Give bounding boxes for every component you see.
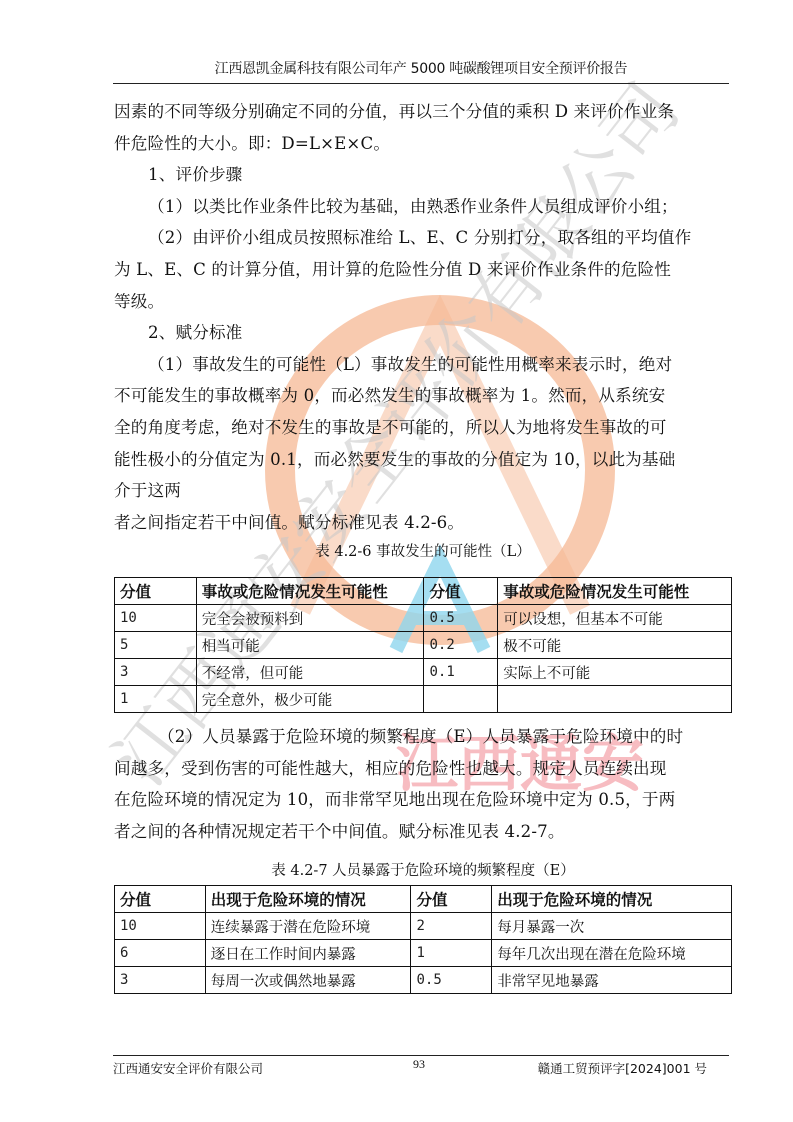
score-cell: 0.5 <box>424 605 498 632</box>
table-header-row: 分值 事故或危险情况发生可能性 分值 事故或危险情况发生可能性 <box>115 578 732 605</box>
header-cell: 分值 <box>115 886 206 913</box>
header-cell: 出现于危险环境的情况 <box>492 886 732 913</box>
paragraph-line: 全的角度考虑，绝对不发生的事故是不可能的，所以人为地将发生事故的可 <box>114 412 732 444</box>
desc-cell: 非常罕见地暴露 <box>492 967 732 994</box>
desc-cell: 完全会被预料到 <box>196 605 424 632</box>
desc-cell: 极不可能 <box>498 632 732 659</box>
paragraph-line: 为 L、E、C 的计算分值，用计算的危险性分值 D 来评价作业条件的危险性 <box>114 254 732 286</box>
desc-cell: 逐日在工作时间内暴露 <box>205 940 411 967</box>
score-cell: 5 <box>115 632 197 659</box>
score-cell: 0.5 <box>411 967 492 994</box>
desc-cell: 每周一次或偶然地暴露 <box>205 967 411 994</box>
score-cell: 10 <box>115 913 206 940</box>
table-row: 5 相当可能 0.2 极不可能 <box>115 632 732 659</box>
paragraph-line: 能性极小的分值定为 0.1，而必然要发生的事故的分值定为 10，以此为基础 <box>114 444 732 476</box>
table-exposure: 分值 出现于危险环境的情况 分值 出现于危险环境的情况 10 连续暴露于潜在危险… <box>114 885 732 994</box>
score-cell: 2 <box>411 913 492 940</box>
table-row: 10 完全会被预料到 0.5 可以设想，但基本不可能 <box>115 605 732 632</box>
paragraph-line: （1）以类比作业条件比较为基础，由熟悉作业条件人员组成评价小组； <box>114 191 732 223</box>
desc-cell: 连续暴露于潜在危险环境 <box>205 913 411 940</box>
score-cell: 0.1 <box>424 659 498 686</box>
section-heading: 2、赋分标准 <box>114 317 732 349</box>
section-heading: 1、评价步骤 <box>114 159 732 191</box>
desc-cell: 可以设想，但基本不可能 <box>498 605 732 632</box>
paragraph-line: 件危险性的大小。即：D=L×E×C。 <box>114 128 732 160</box>
body-text: 因素的不同等级分别确定不同的分值，再以三个分值的乘积 D 来评价作业条 件危险性… <box>114 96 732 563</box>
header-cell: 出现于危险环境的情况 <box>205 886 411 913</box>
header-cell: 分值 <box>115 578 197 605</box>
table-row: 1 完全意外，极少可能 <box>115 686 732 713</box>
header-cell: 事故或危险情况发生可能性 <box>498 578 732 605</box>
desc-cell: 每月暴露一次 <box>492 913 732 940</box>
table-row: 10 连续暴露于潜在危险环境 2 每月暴露一次 <box>115 913 732 940</box>
score-cell: 10 <box>115 605 197 632</box>
table-header-row: 分值 出现于危险环境的情况 分值 出现于危险环境的情况 <box>115 886 732 913</box>
score-cell: 1 <box>411 940 492 967</box>
score-cell: 3 <box>115 659 197 686</box>
paragraph-line: 者之间的各种情况规定若干个中间值。赋分标准见表 4.2-7。 <box>114 816 732 848</box>
score-cell: 3 <box>115 967 206 994</box>
paragraph-line: 因素的不同等级分别确定不同的分值，再以三个分值的乘积 D 来评价作业条 <box>114 96 732 128</box>
footer-company: 江西通安安全评价有限公司 <box>113 1059 263 1077</box>
page-footer: 江西通安安全评价有限公司 93 赣通工贸预评字[2024]001 号 <box>113 1055 729 1056</box>
score-cell: 1 <box>115 686 197 713</box>
desc-cell: 每年几次出现在潜在危险环境 <box>492 940 732 967</box>
desc-cell: 实际上不可能 <box>498 659 732 686</box>
desc-cell: 完全意外，极少可能 <box>196 686 424 713</box>
paragraph-line: 在危险环境的情况定为 10，而非常罕见地出现在危险环境中定为 0.5，于两 <box>114 784 732 816</box>
page-number: 93 <box>413 1057 425 1072</box>
paragraph-line: 等级。 <box>114 286 732 318</box>
page-header: 江西恩凯金属科技有限公司年产 5000 吨碳酸锂项目安全预评价报告 <box>113 58 729 84</box>
desc-cell <box>498 686 732 713</box>
table-row: 3 不经常，但可能 0.1 实际上不可能 <box>115 659 732 686</box>
header-cell: 分值 <box>424 578 498 605</box>
desc-cell: 不经常，但可能 <box>196 659 424 686</box>
header-cell: 分值 <box>411 886 492 913</box>
paragraph-line: 间越多，受到伤害的可能性越大，相应的危险性也越大。规定人员连续出现 <box>114 753 732 785</box>
table1-caption: 表 4.2-6 事故发生的可能性（L） <box>114 541 732 563</box>
table-row: 3 每周一次或偶然地暴露 0.5 非常罕见地暴露 <box>115 967 732 994</box>
score-cell: 6 <box>115 940 206 967</box>
table-row: 6 逐日在工作时间内暴露 1 每年几次出现在潜在危险环境 <box>115 940 732 967</box>
table2-caption: 表 4.2-7 人员暴露于危险环境的频繁程度（E） <box>114 860 732 882</box>
document-number: 赣通工贸预评字[2024]001 号 <box>538 1059 707 1077</box>
desc-cell: 相当可能 <box>196 632 424 659</box>
score-cell: 0.2 <box>424 632 498 659</box>
paragraph-line: 不可能发生的事故概率为 0，而必然发生的事故概率为 1。然而，从系统安 <box>114 380 732 412</box>
paragraph-line: （2）由评价小组成员按照标准给 L、E、C 分别打分，取各组的平均值作 <box>114 222 732 254</box>
paragraph-line: 介于这两 <box>114 475 732 507</box>
score-cell <box>424 686 498 713</box>
paragraph-line: （2）人员暴露于危险环境的频繁程度（E）人员暴露于危险环境中的时 <box>114 721 732 753</box>
header-cell: 事故或危险情况发生可能性 <box>196 578 424 605</box>
paragraph-line: 者之间指定若干中间值。赋分标准见表 4.2-6。 <box>114 507 732 539</box>
table-likelihood: 分值 事故或危险情况发生可能性 分值 事故或危险情况发生可能性 10 完全会被预… <box>114 577 732 713</box>
body-text-2: （2）人员暴露于危险环境的频繁程度（E）人员暴露于危险环境中的时 间越多，受到伤… <box>114 721 732 847</box>
paragraph-line: （1）事故发生的可能性（L）事故发生的可能性用概率来表示时，绝对 <box>114 349 732 381</box>
report-title: 江西恩凯金属科技有限公司年产 5000 吨碳酸锂项目安全预评价报告 <box>215 61 628 77</box>
